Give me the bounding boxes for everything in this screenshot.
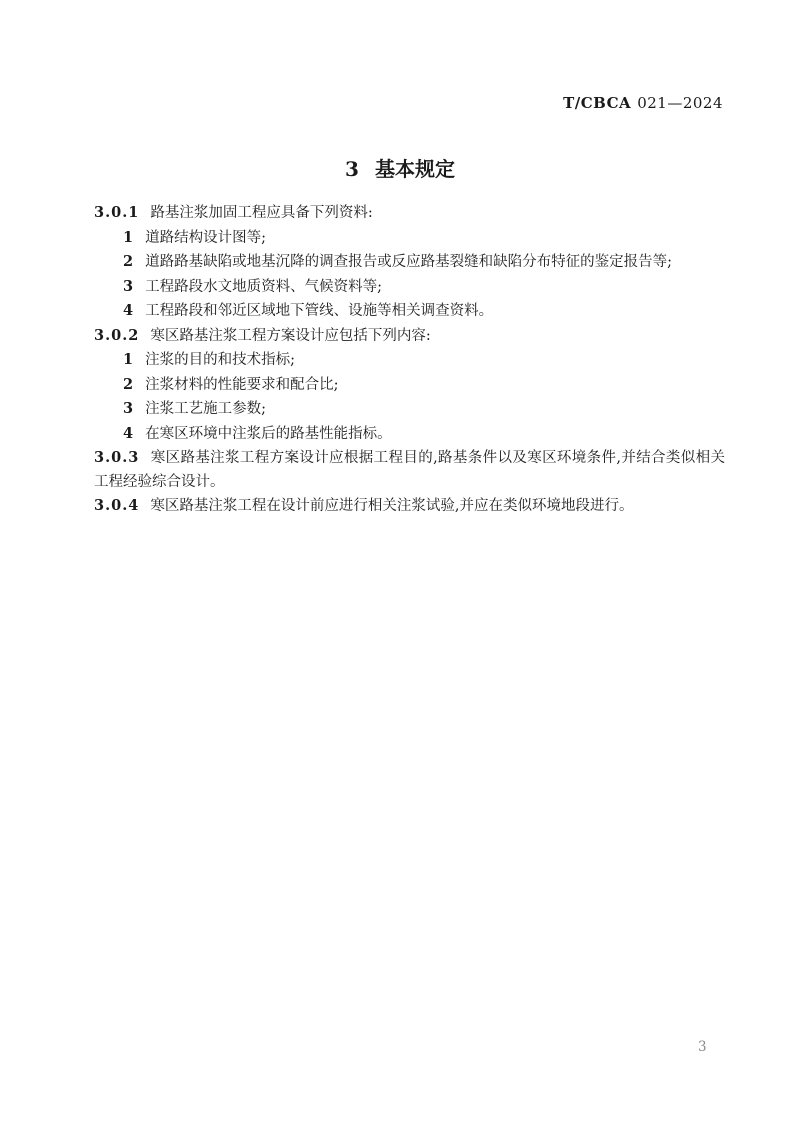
item-text: 工程路段和邻近区域地下管线、设施等相关调查资料。	[145, 303, 493, 319]
item-number: 3	[123, 400, 133, 417]
item-number: 4	[123, 302, 133, 319]
clause-text: 路基注浆加固工程应具备下列资料:	[150, 205, 372, 221]
list-item: 4工程路段和邻近区域地下管线、设施等相关调查资料。	[94, 299, 725, 324]
item-text: 在寒区环境中注浆后的路基性能指标。	[145, 426, 392, 442]
clause-text: 寒区路基注浆工程方案设计应包括下列内容:	[150, 328, 430, 344]
item-number: 3	[123, 278, 133, 295]
list-item: 2注浆材料的性能要求和配合比;	[94, 373, 725, 398]
clause-number: 3.0.2	[94, 327, 139, 344]
chapter-title: 3基本规定	[0, 153, 800, 182]
list-item: 1注浆的目的和技术指标;	[94, 348, 725, 373]
item-text: 工程路段水文地质资料、气候资料等;	[145, 279, 382, 295]
item-number: 4	[123, 425, 133, 442]
chapter-body: 3.0.1路基注浆加固工程应具备下列资料: 1道路结构设计图等; 2道路路基缺陷…	[94, 201, 725, 519]
clause-3-0-1: 3.0.1路基注浆加固工程应具备下列资料:	[94, 201, 725, 226]
item-number: 2	[123, 253, 133, 270]
item-number: 1	[123, 229, 133, 246]
page-number: 3	[698, 1039, 707, 1055]
item-text: 注浆材料的性能要求和配合比;	[145, 377, 338, 393]
item-number: 2	[123, 376, 133, 393]
standard-number-header: T/CBCA021—2024	[563, 94, 723, 112]
standard-edition: 021—2024	[637, 94, 723, 112]
clause-number: 3.0.3	[94, 449, 139, 466]
item-text: 注浆的目的和技术指标;	[145, 352, 295, 368]
standard-code: T/CBCA	[563, 94, 631, 112]
clause-text: 寒区路基注浆工程在设计前应进行相关注浆试验,并应在类似环境地段进行。	[150, 498, 633, 514]
item-text: 注浆工艺施工参数;	[145, 401, 266, 417]
list-item: 2道路路基缺陷或地基沉降的调查报告或反应路基裂缝和缺陷分布特征的鉴定报告等;	[94, 250, 725, 275]
clause-number: 3.0.1	[94, 204, 139, 221]
clause-text: 寒区路基注浆工程方案设计应根据工程目的,路基条件以及寒区环境条件,并结合类似相关…	[94, 450, 725, 490]
list-item: 3工程路段水文地质资料、气候资料等;	[94, 275, 725, 300]
clause-3-0-2: 3.0.2寒区路基注浆工程方案设计应包括下列内容:	[94, 324, 725, 349]
clause-number: 3.0.4	[94, 497, 139, 514]
document-page: T/CBCA021—2024 3基本规定 3.0.1路基注浆加固工程应具备下列资…	[0, 0, 800, 1130]
clause-3-0-4: 3.0.4寒区路基注浆工程在设计前应进行相关注浆试验,并应在类似环境地段进行。	[94, 494, 725, 519]
clause-3-0-3: 3.0.3寒区路基注浆工程方案设计应根据工程目的,路基条件以及寒区环境条件,并结…	[94, 446, 725, 494]
item-text: 道路结构设计图等;	[145, 230, 266, 246]
item-number: 1	[123, 351, 133, 368]
list-item: 4在寒区环境中注浆后的路基性能指标。	[94, 422, 725, 447]
chapter-number: 3	[345, 157, 359, 181]
list-item: 1道路结构设计图等;	[94, 226, 725, 251]
list-item: 3注浆工艺施工参数;	[94, 397, 725, 422]
item-text: 道路路基缺陷或地基沉降的调查报告或反应路基裂缝和缺陷分布特征的鉴定报告等;	[145, 254, 672, 270]
chapter-title-text: 基本规定	[375, 157, 455, 181]
